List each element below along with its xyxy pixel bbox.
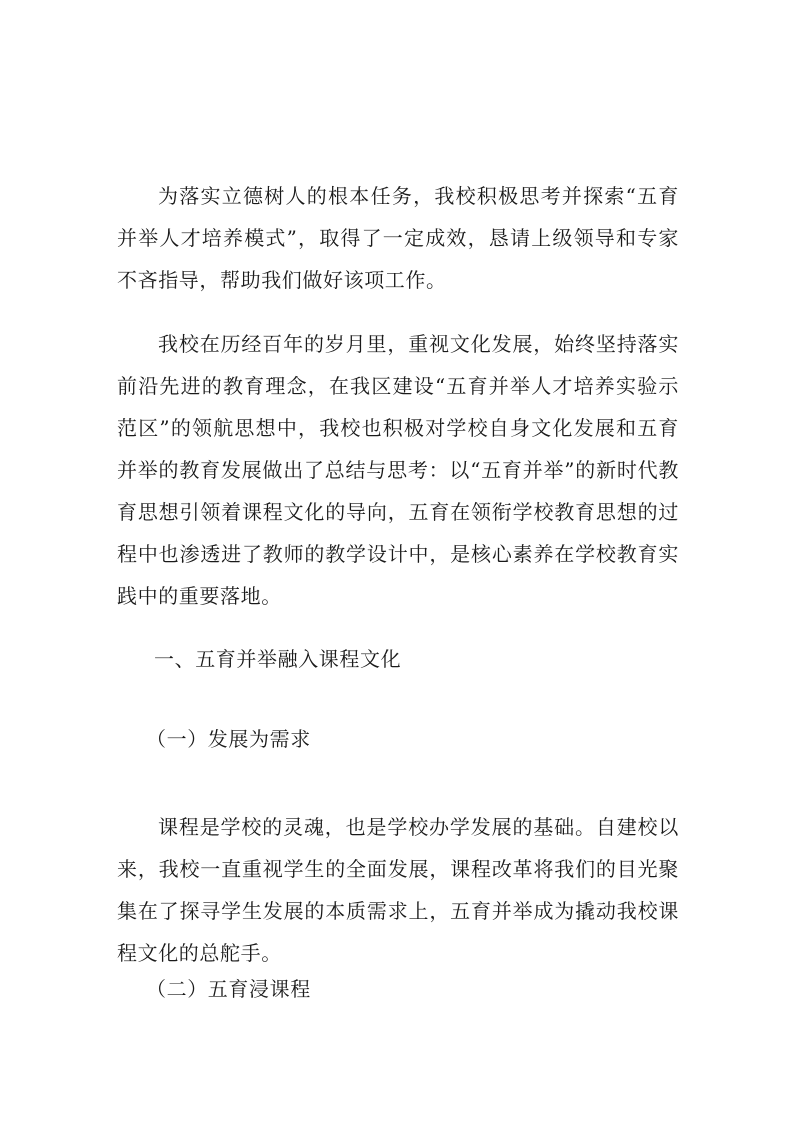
background-paragraph: 我校在历经百年的岁月里，重视文化发展，始终坚持落实前沿先进的教育理念，在我区建设… xyxy=(117,323,679,617)
curriculum-paragraph: 课程是学校的灵魂，也是学校办学发展的基础。自建校以来，我校一直重视学生的全面发展… xyxy=(117,806,679,974)
subsection-heading-1: （一）发展为需求 xyxy=(117,718,679,760)
section-heading-1: 一、五育并举融入课程文化 xyxy=(117,638,679,680)
intro-paragraph: 为落实立德树人的根本任务，我校积极思考并探索“五育并举人才培养模式”，取得了一定… xyxy=(117,175,679,301)
subsection-heading-2: （二）五育浸课程 xyxy=(117,968,679,1010)
